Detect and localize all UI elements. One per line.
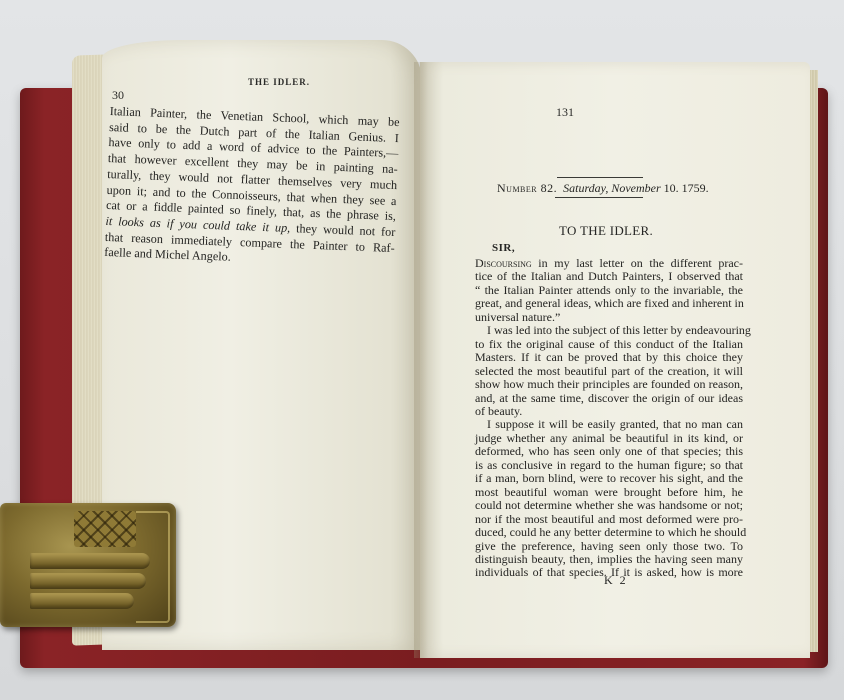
brass-hand-page-weight (0, 503, 176, 627)
weight-finger (30, 593, 134, 609)
signature-mark: K 2 (604, 573, 628, 588)
weight-cuff-pattern (74, 511, 136, 547)
issue-year: 10. 1759. (661, 181, 709, 195)
text-line: give the preference, having seen only th… (475, 540, 743, 553)
text-line: tice of the Italian and Dutch Painters, … (475, 270, 743, 283)
issue-heading: Number 82. Saturday, November 10. 1759. (497, 181, 709, 196)
text-line: I suppose it will be easily granted, tha… (475, 418, 743, 431)
text-line: is as conclusive in regard to the human … (475, 459, 743, 472)
book-gutter (414, 62, 428, 658)
running-head: THE IDLER. (248, 77, 310, 87)
issue-number: Number 82. (497, 181, 557, 195)
dropcap-word: Discoursing (475, 256, 532, 270)
text-line: distinguish beauty, then, implies the ha… (475, 553, 743, 566)
text-line: if a man, born blind, were to recover hi… (475, 472, 743, 485)
text-line: “ the Italian Painter attends only to th… (475, 284, 743, 297)
text-line: could not determine whether she was hand… (475, 499, 743, 512)
text-line: universal nature.” (475, 311, 743, 324)
text-line: duced, could he any better determine to … (475, 526, 743, 539)
text-line: show how much their principles are found… (475, 378, 743, 391)
text-line: nor if the most beautiful and most defor… (475, 513, 743, 526)
salutation: SIR, (492, 242, 515, 254)
text-line: Masters. If it can be proved that by thi… (475, 351, 743, 364)
rule-bottom (555, 197, 643, 198)
right-page-text: Discoursing in my last letter on the dif… (475, 257, 743, 580)
page-number-right: 131 (556, 105, 574, 120)
text-line: selected the most beautiful part of the … (475, 365, 743, 378)
text-line: I was led into the subject of this lette… (475, 324, 743, 337)
rule-top (557, 177, 643, 178)
text-line: deformed, who has seen only one of that … (475, 445, 743, 458)
text-line: most beautiful woman were brought before… (475, 486, 743, 499)
text-line: Discoursing in my last letter on the dif… (475, 257, 743, 270)
text-line: great, and general ideas, which are fixe… (475, 297, 743, 310)
text-line: and, at the same time, discover the orig… (475, 392, 743, 405)
left-page-text: Italian Painter, the Venetian School, wh… (104, 104, 400, 272)
text-fragment: they would not for (290, 221, 396, 239)
text-line: judge whether any animal be beautiful in… (475, 432, 743, 445)
text-line: of beauty. (475, 405, 743, 418)
issue-date: Saturday, November (563, 181, 661, 195)
weight-finger (30, 573, 146, 589)
text-line: to fix the original cause of this conduc… (475, 338, 743, 351)
photo-scene: THE IDLER. 30 Italian Painter, the Venet… (0, 0, 844, 700)
weight-finger (30, 553, 150, 569)
essay-title: TO THE IDLER. (559, 223, 653, 239)
page-number-left: 30 (112, 88, 124, 103)
